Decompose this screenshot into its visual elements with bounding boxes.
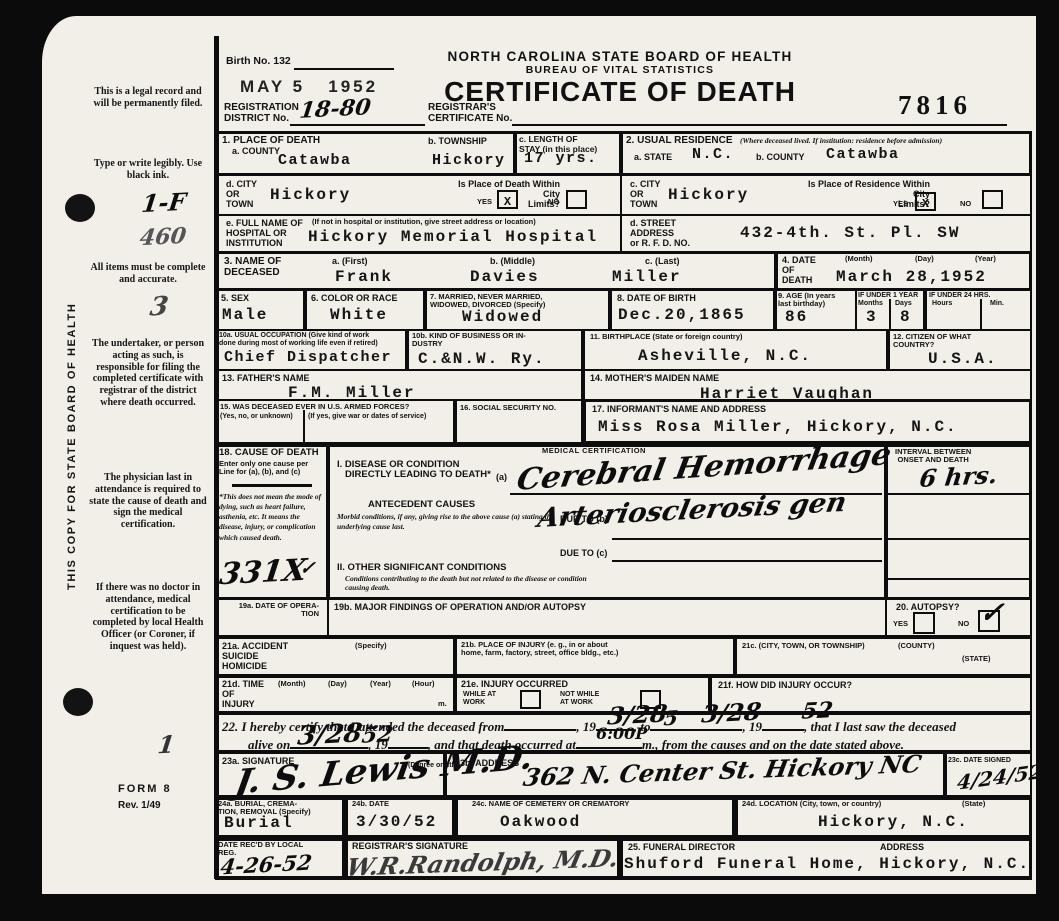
ssn-label: 16. SOCIAL SECURITY NO. (460, 404, 556, 412)
physician-address-label: 23b. ADDRESS (455, 758, 519, 768)
sex-value: Male (222, 306, 268, 324)
name-label: 3. NAME OF DECEASED (224, 256, 281, 278)
funeral-director-label: 25. FUNERAL DIRECTOR (628, 842, 735, 852)
age-value: 86 (785, 308, 808, 326)
last-name-value: Miller (612, 268, 682, 286)
residence-city-label: c. CITY OR TOWN (630, 179, 661, 209)
dod-year-label: (Year) (975, 255, 996, 263)
scanned-death-certificate: THIS COPY FOR STATE BOARD OF HEALTH This… (0, 0, 1059, 921)
place-of-death-title: 1. PLACE OF DEATH (222, 135, 320, 146)
armed-forces-divider (303, 410, 305, 444)
burial-date-value: 3/30/52 (356, 813, 437, 831)
residence-county-label: b. COUNTY (756, 152, 805, 162)
punch-hole-top (65, 194, 95, 222)
days-label: Days (895, 300, 912, 308)
mother-name-label: 14. MOTHER'S MAIDEN NAME (590, 373, 719, 383)
date-received-value: 4-26-52 (219, 850, 313, 880)
residence-limits-yes-mark: X (922, 197, 929, 211)
days-value: 8 (900, 308, 912, 326)
interval-line-2 (885, 538, 1032, 540)
birthplace-value: Asheville, N.C. (638, 347, 812, 365)
township-label: b. TOWNSHIP (428, 136, 487, 146)
time-of-injury-label: 21d. TIME OF INJURY (222, 679, 264, 709)
injury-day-label: (Day) (328, 680, 347, 688)
funeral-director-address-label: ADDRESS (880, 842, 924, 852)
usual-residence-title: 2. USUAL RESIDENCE (626, 135, 733, 146)
dod-month-label: (Month) (845, 255, 872, 263)
cause-a-label: (a) (496, 472, 507, 482)
length-of-stay-value: 17 yrs. (524, 150, 598, 167)
death-city-label: d. CITY OR TOWN (226, 179, 257, 209)
street-address-value: 432-4th. St. Pl. SW (740, 224, 960, 242)
usual-residence-note: (Where deceased lived. If institution: r… (740, 137, 942, 145)
race-label: 6. COLOR OR RACE (311, 293, 398, 303)
injury-state-label: (STATE) (962, 655, 990, 663)
certificate-no-line (512, 124, 1007, 126)
other-conditions-note: Conditions contributing to the death but… (345, 574, 605, 593)
hospital-value: Hickory Memorial Hospital (308, 228, 598, 246)
hours-min-divider (980, 299, 982, 331)
date-of-death-value: March 28,1952 (836, 268, 987, 286)
industry-value: C.&N.W. Ry. (418, 350, 546, 368)
accident-specify-label: (Specify) (355, 642, 387, 650)
registration-district-value: 18-80 (298, 94, 372, 124)
place-of-injury-label: 21b. PLACE OF INJURY (e. g., in or about… (461, 641, 618, 658)
certificate-number: 7816 (898, 90, 972, 121)
occupation-value: Chief Dispatcher (224, 349, 392, 366)
autopsy-no-check-mark: ✓ (978, 595, 1006, 629)
certify-text-2: , 19 (576, 719, 596, 734)
death-city-value: Hickory (270, 186, 351, 204)
interval-line-1 (885, 493, 1032, 495)
cause-enter-note: Enter only one cause per Line for (a), (… (219, 460, 323, 477)
margin-note-legal: This is a legal record and will be perma… (88, 86, 208, 110)
funeral-director-value: Shuford Funeral Home, Hickory, N.C. (624, 855, 1030, 873)
date-of-death-label: 4. DATE OF DEATH (782, 255, 816, 285)
middle-name-label: b. (Middle) (490, 256, 535, 266)
burial-type-value: Burial (224, 814, 294, 832)
father-name-label: 13. FATHER'S NAME (222, 373, 310, 383)
cemetery-label: 24c. NAME OF CEMETERY OR CREMATORY (472, 800, 629, 808)
registration-line (290, 124, 425, 126)
margin-handwritten-460: 460 (138, 223, 188, 251)
street-address-label: d. STREET ADDRESS or R. F. D. NO. (630, 218, 690, 248)
injury-hour-label: (Hour) (412, 680, 435, 688)
armed-forces-label: 15. WAS DECEASED EVER IN U.S. ARMED FORC… (220, 403, 409, 411)
last-name-label: c. (Last) (645, 256, 680, 266)
major-findings-label: 19b. MAJOR FINDINGS OF OPERATION AND/OR … (334, 602, 586, 612)
armed-forces-note2: (If yes, give war or dates of service) (308, 413, 426, 421)
how-injury-occurred-label: 21f. HOW DID INJURY OCCUR? (718, 680, 852, 690)
cause-check-mark: ✓ (299, 558, 317, 580)
residence-county-value: Catawba (826, 146, 900, 163)
margin-note-undertaker: The undertaker, or person acting as such… (88, 338, 208, 409)
while-at-work-checkbox (520, 690, 541, 709)
months-value: 3 (866, 308, 878, 326)
accident-label: 21a. ACCIDENT SUICIDE HOMICIDE (222, 641, 288, 671)
while-at-work-label: WHILE AT WORK (463, 691, 496, 707)
form-number: FORM 8 (118, 783, 172, 795)
residence-state-value: N.C. (692, 146, 734, 163)
autopsy-no-label: NO (958, 620, 969, 628)
burial-date-label: 24b. DATE (352, 800, 389, 808)
hours-label: Hours (932, 300, 952, 308)
autopsy-label: 20. AUTOPSY? (896, 602, 960, 612)
age-label: 9. AGE (In years last birthday) (778, 292, 835, 309)
punch-hole-bottom (63, 688, 93, 716)
injury-year-label: (Year) (370, 680, 391, 688)
marital-value: Widowed (462, 308, 543, 326)
residence-limits-yes-label: YES (893, 200, 908, 208)
autopsy-yes-checkbox (913, 612, 935, 634)
residence-city-value: Hickory (668, 186, 749, 204)
form-bottom-border (215, 877, 1032, 880)
disease-condition-label-2: DIRECTLY LEADING TO DEATH* (345, 470, 491, 481)
dob-value: Dec.20,1865 (618, 306, 746, 324)
death-limits-no-label: NO (548, 198, 559, 206)
interval-value: 6 hrs. (918, 460, 999, 493)
residence-limits-yes-checkbox: X (915, 192, 936, 211)
min-label: Min. (990, 300, 1004, 308)
antecedent-causes-label: ANTECEDENT CAUSES (368, 500, 475, 511)
hospital-note: (If not in hospital or institution, give… (312, 218, 536, 226)
dod-day-label: (Day) (915, 255, 934, 263)
cause-c-line (612, 560, 882, 562)
sex-label: 5. SEX (221, 293, 249, 303)
operation-date-label: 19a. DATE OF OPERA- TION (219, 602, 319, 619)
birth-no-line (294, 68, 394, 70)
burial-state-label: (State) (962, 800, 985, 808)
certify-to-date: 3/28 (700, 696, 763, 728)
bureau-subtitle: BUREAU OF VITAL STATISTICS (380, 64, 860, 76)
death-limits-yes-label: YES (477, 198, 492, 206)
blank-line (504, 718, 576, 731)
burial-location-label: 24d. LOCATION (City, town, or country) (742, 800, 881, 808)
occupation-label: 10a. USUAL OCCUPATION (Give kind of work… (219, 332, 378, 348)
margin-note-physician: The physician last in attendance is requ… (88, 472, 208, 531)
dob-label: 8. DATE OF BIRTH (617, 293, 696, 303)
registration-district-label: REGISTRATION DISTRICT No. (224, 102, 299, 124)
burial-location-value: Hickory, N.C. (818, 813, 969, 831)
first-name-value: Frank (335, 268, 393, 286)
industry-label: 10b. KIND OF BUSINESS OR IN- DUSTRY (412, 332, 526, 349)
date-signed-label: 23c. DATE SIGNED (948, 757, 1011, 765)
margin-vertical-text: THIS COPY FOR STATE BOARD OF HEALTH (66, 328, 78, 590)
hospital-label: e. FULL NAME OF HOSPITAL OR INSTITUTION (226, 218, 303, 248)
due-to-c-label: DUE TO (c) (560, 548, 607, 558)
not-while-at-work-label: NOT WHILE AT WORK (560, 691, 599, 707)
autopsy-yes-label: YES (893, 620, 908, 628)
armed-forces-note1: (Yes, no, or unknown) (220, 413, 293, 421)
death-limits-no-checkbox (566, 190, 587, 209)
form-revision: Rev. 1/49 (118, 800, 161, 811)
certify-text-9: m., from the causes and on the date stat… (642, 737, 904, 752)
residence-limits-label: Is Place of Residence Within City Limits… (800, 179, 930, 209)
informant-value: Miss Rosa Miller, Hickory, N.C. (598, 418, 958, 436)
injury-month-label: (Month) (278, 680, 305, 688)
margin-note-type: Type or write legibly. Use black ink. (88, 158, 208, 182)
months-label: Months (858, 300, 883, 308)
injury-county-label: (COUNTY) (898, 642, 935, 650)
citizen-value: U.S.A. (928, 350, 998, 368)
months-days-divider (889, 299, 891, 331)
cause-code-handwritten: 331X (217, 553, 308, 592)
cemetery-value: Oakwood (500, 813, 581, 831)
birthplace-label: 11. BIRTHPLACE (State or foreign country… (590, 333, 743, 341)
middle-name-value: Davies (470, 268, 540, 286)
informant-label: 17. INFORMANT'S NAME AND ADDRESS (592, 404, 766, 414)
cause-title: 18. CAUSE OF DEATH (219, 448, 319, 459)
injury-m-label: m. (438, 700, 447, 708)
cause-footnote: *This does not mean the mode of dying, s… (219, 492, 325, 543)
certify-year-2: 52 (800, 697, 834, 725)
org-title: NORTH CAROLINA STATE BOARD OF HEALTH (380, 49, 860, 64)
death-limits-yes-mark: X (504, 195, 511, 209)
residence-limits-no-checkbox (982, 190, 1003, 209)
interval-line-3 (885, 578, 1032, 580)
certificate-title: CERTIFICATE OF DEATH (380, 76, 860, 108)
citizen-label: 12. CITIZEN OF WHAT COUNTRY? (893, 333, 971, 350)
county-label: a. COUNTY (232, 146, 280, 156)
blank-line (762, 718, 804, 731)
death-limits-yes-checkbox: X (497, 190, 518, 209)
margin-handwritten-1f: 1-F (140, 187, 188, 218)
race-value: White (330, 306, 388, 324)
margin-note-no-doctor: If there was no doctor in attendance, me… (88, 582, 208, 653)
antecedent-note: Morbid conditions, if any, giving rise t… (337, 512, 557, 532)
residence-state-label: a. STATE (634, 152, 672, 162)
certify-text-6: alive on (248, 737, 290, 752)
certify-year-3: 52 (360, 721, 394, 749)
residence-limits-no-label: NO (960, 200, 971, 208)
margin-handwritten-3: 3 (148, 292, 170, 323)
margin-note-complete: All items must be complete and accurate. (88, 262, 208, 286)
certify-time-of-death: 6:00P (596, 724, 647, 743)
medical-certification-header: MEDICAL CERTIFICATION (542, 447, 646, 455)
first-name-label: a. (First) (332, 256, 368, 266)
township-value: Hickory (432, 152, 506, 169)
certify-alive-date: 3/28 (296, 718, 364, 751)
birth-no-label: Birth No. 132 (226, 56, 291, 68)
other-conditions-label: II. OTHER SIGNIFICANT CONDITIONS (337, 563, 506, 574)
injury-occurred-label: 21e. INJURY OCCURRED (461, 679, 568, 689)
county-value: Catawba (278, 152, 352, 169)
cause-b-line (612, 538, 882, 540)
injury-city-label: 21c. (CITY, TOWN, OR TOWNSHIP) (742, 642, 865, 650)
cause-sidebar-divider (232, 484, 312, 487)
